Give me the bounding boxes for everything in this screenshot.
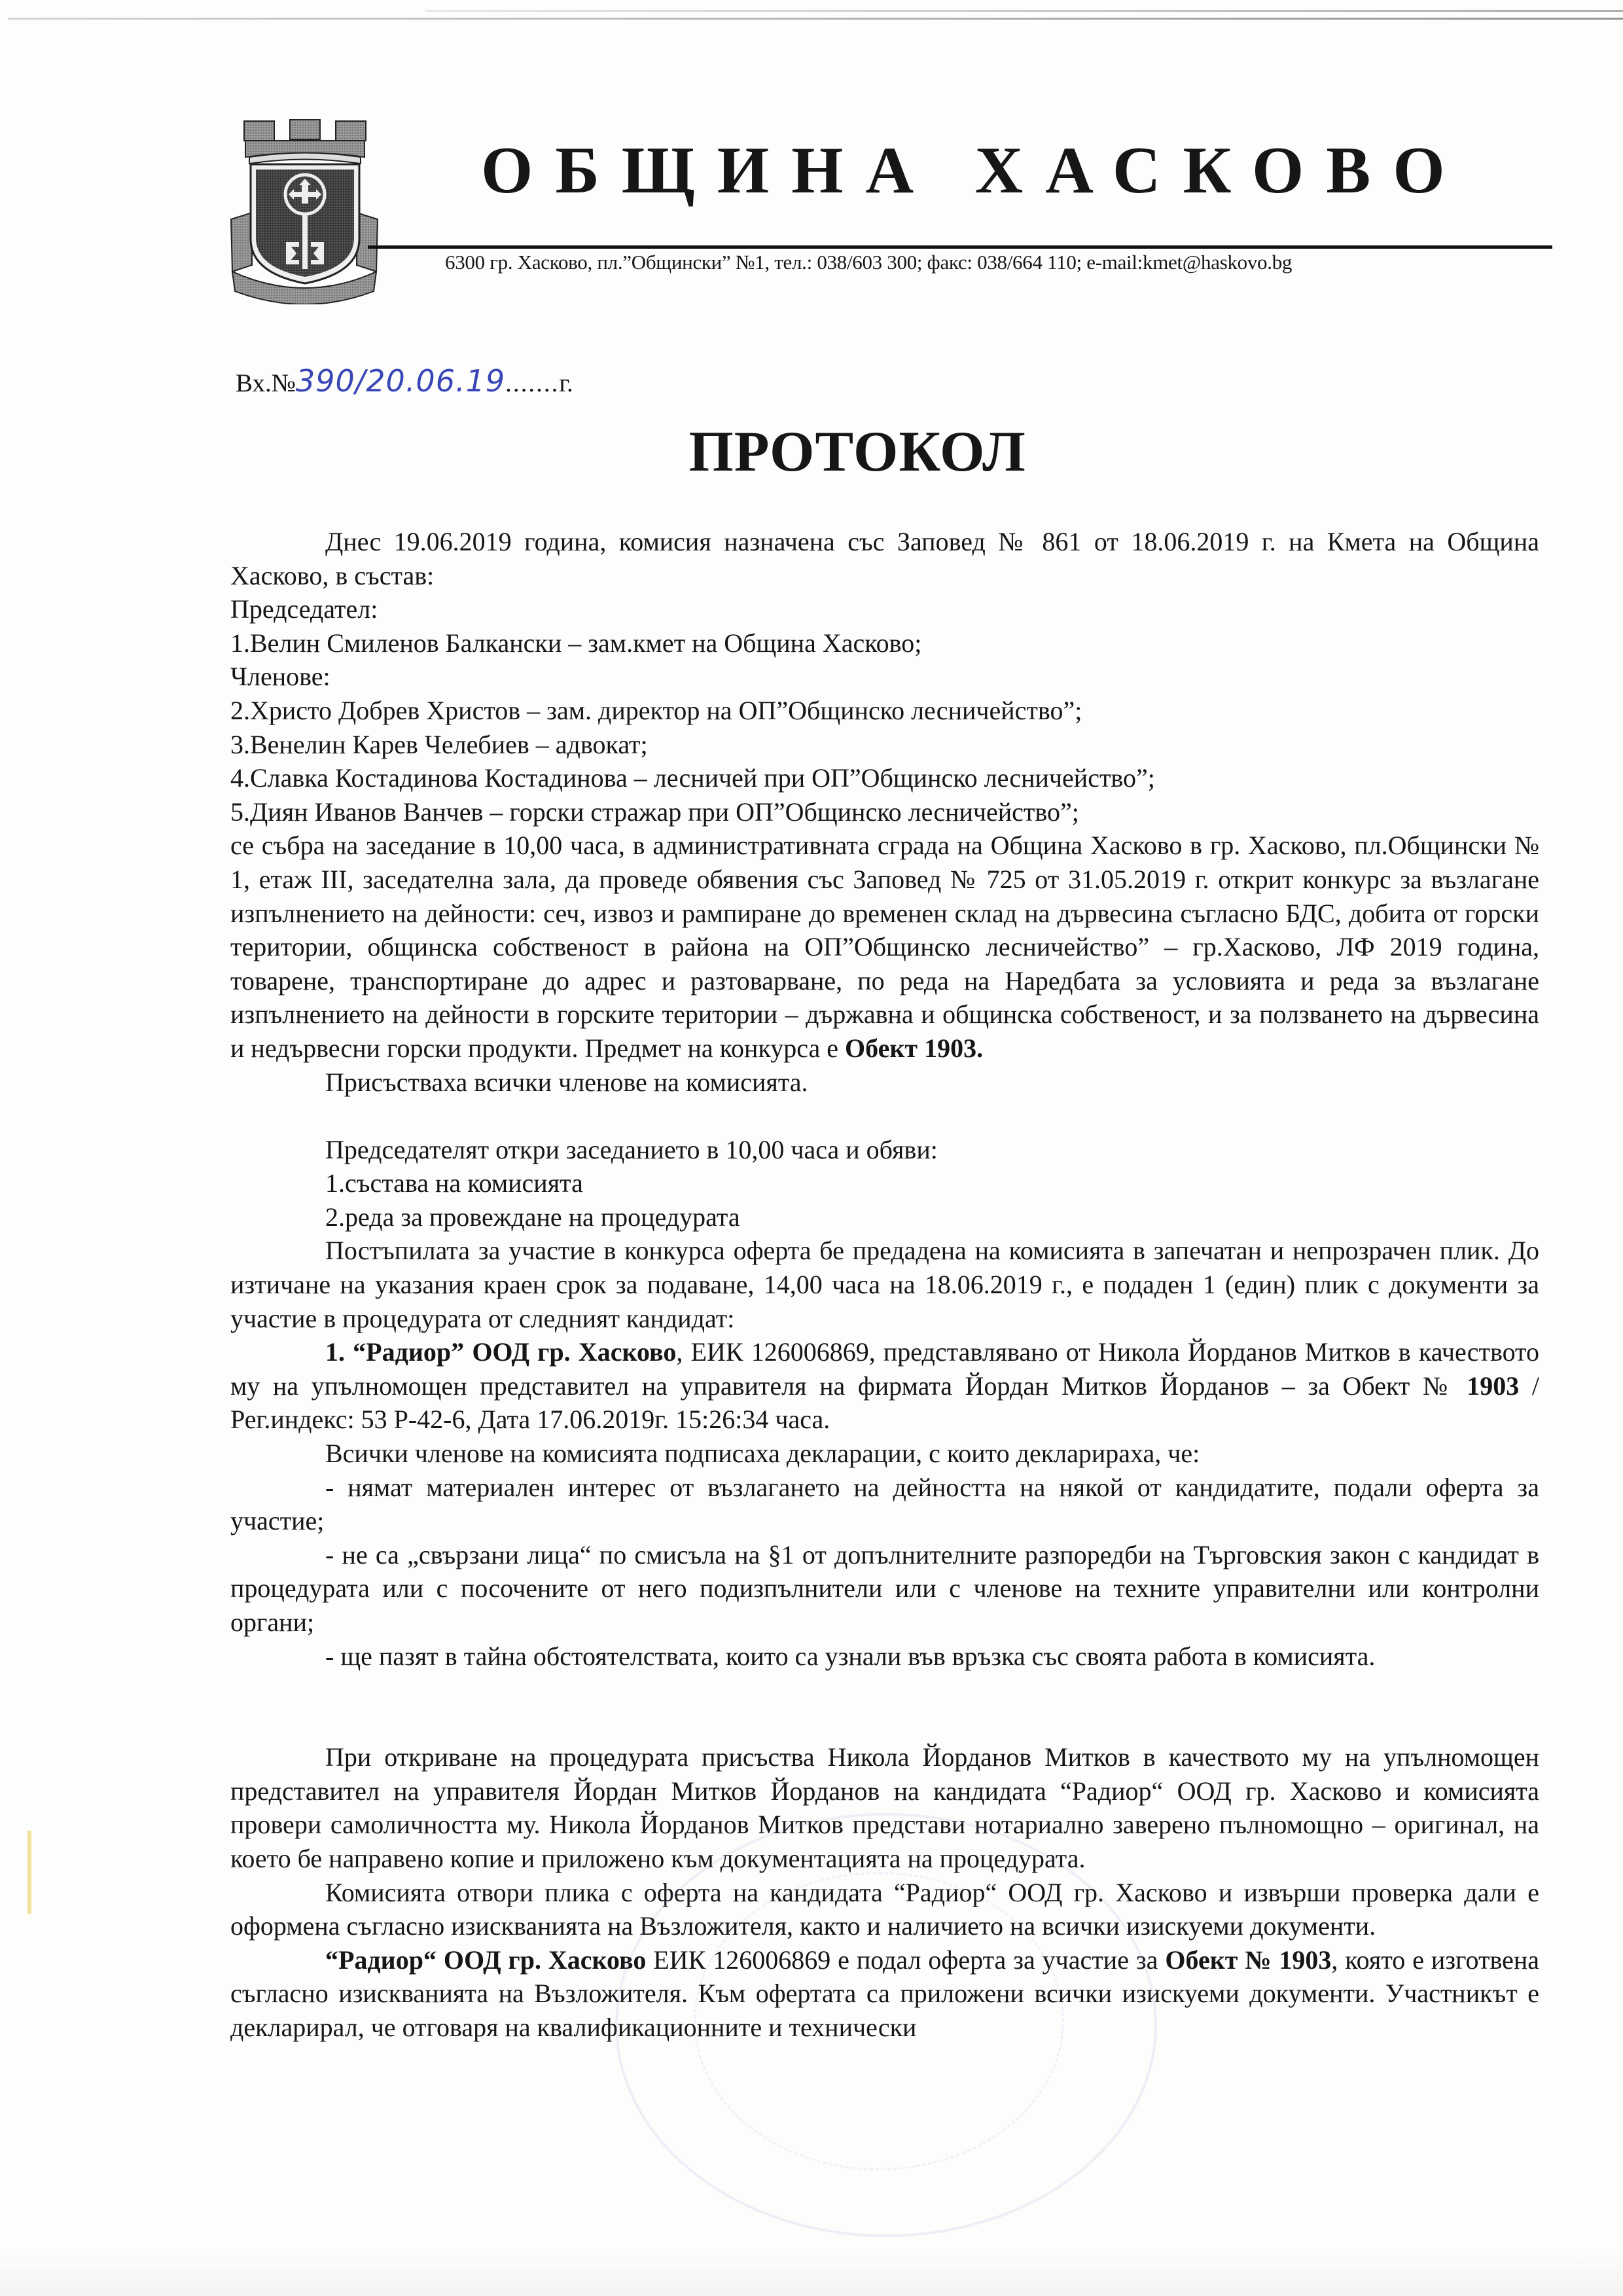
meeting-end: . (976, 1033, 983, 1063)
candidate-object-number: 1903 (1467, 1371, 1519, 1401)
envelope-opened-paragraph: Комисията отвори плика с оферта на канди… (230, 1876, 1539, 1943)
chair-entry: 1.Велин Смиленов Балкански – зам.кмет на… (230, 626, 1539, 660)
agenda-item: 2.реда за провеждане на процедурата (230, 1200, 1539, 1234)
registration-prefix: Вх.№ (236, 369, 296, 397)
member-entry: 2.Христо Добрев Христов – зам. директор … (230, 694, 1539, 728)
scan-bottom-shade (0, 2251, 1623, 2296)
header-divider (368, 245, 1552, 249)
organization-address: 6300 гр. Хасково, пл.”Общински” №1, тел.… (445, 251, 1292, 274)
scan-edge-line (425, 10, 1623, 12)
member-entry: 3.Венелин Карев Челебиев – адвокат; (230, 728, 1539, 762)
coat-of-arms-icon (226, 108, 383, 304)
final-text: ЕИК 126006869 е подал оферта за участие … (646, 1945, 1165, 1975)
handwritten-registration: 390/20.06.19 (296, 363, 505, 399)
declaration-item: - ще пазят в тайна обстоятелствата, коит… (230, 1640, 1539, 1674)
final-candidate-name: “Радиор“ ООД гр. Хасково (325, 1945, 646, 1975)
opening-presence-paragraph: При откриване на процедурата присъства Н… (230, 1740, 1539, 1875)
chair-opened-paragraph: Председателят откри заседанието в 10,00 … (230, 1133, 1539, 1167)
scan-artifact-strip (27, 1831, 31, 1914)
organization-title: ОБЩИНА ХАСКОВО (481, 137, 1467, 204)
declaration-item: - не са „свързани лица“ по смисъла на §1… (230, 1538, 1539, 1640)
members-label: Членове: (230, 660, 1539, 694)
document-body: Днес 19.06.2019 година, комисия назначен… (230, 525, 1539, 2045)
chair-label: Председател: (230, 592, 1539, 626)
registration-number: Вх.№390/20.06.19.......г. (236, 363, 573, 399)
presence-paragraph: Присъстваха всички членове на комисията. (230, 1066, 1539, 1100)
document-title: ПРОТОКОЛ (0, 419, 1623, 485)
intro-paragraph: Днес 19.06.2019 година, комисия назначен… (230, 525, 1539, 592)
final-paragraph: “Радиор“ ООД гр. Хасково ЕИК 126006869 е… (230, 1943, 1539, 2045)
offer-received-paragraph: Постъпилата за участие в конкурса оферта… (230, 1234, 1539, 1335)
meeting-text: се събра на заседание в 10,00 часа, в ад… (230, 831, 1539, 1063)
agenda-item: 1.състава на комисията (230, 1166, 1539, 1200)
declaration-item: - нямат материален интерес от възлаганет… (230, 1471, 1539, 1538)
final-object: Обект № 1903 (1165, 1945, 1331, 1975)
candidate-paragraph: 1. “Радиор” ООД гр. Хасково, ЕИК 1260068… (230, 1335, 1539, 1437)
registration-suffix: г. (559, 369, 573, 397)
meeting-object: Обект 1903 (845, 1033, 976, 1063)
candidate-name: 1. “Радиор” ООД гр. Хасково (325, 1337, 676, 1367)
member-entry: 5.Диян Иванов Ванчев – горски стражар пр… (230, 795, 1539, 829)
scan-edge-line (8, 18, 1623, 20)
meeting-paragraph: се събра на заседание в 10,00 часа, в ад… (230, 829, 1539, 1065)
declarations-intro: Всички членове на комисията подписаха де… (230, 1437, 1539, 1471)
member-entry: 4.Славка Костадинова Костадинова – лесни… (230, 761, 1539, 795)
